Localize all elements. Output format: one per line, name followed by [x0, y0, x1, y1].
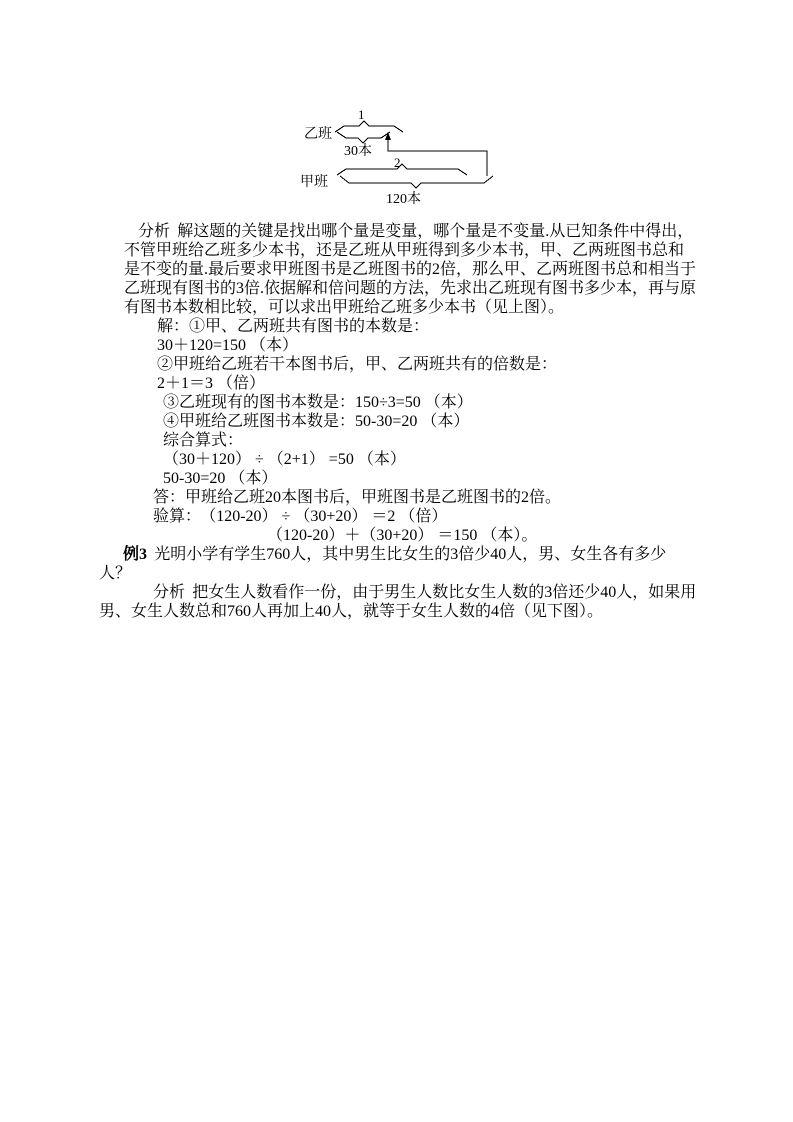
solution-step4: ④甲班给乙班图书本数是：50-30=20 （本） — [99, 412, 697, 431]
solution-step1-title: 解：①甲、乙两班共有图书的本数是： — [99, 317, 697, 336]
combined-expression-title: 综合算式： — [99, 431, 697, 450]
analysis2-paragraph: 分析把女生人数看作一份，由于男生人数比女生人数的3倍还少40人，如果用男、女生人… — [99, 583, 697, 621]
analysis2-label: 分析 — [153, 584, 185, 601]
solution-step3: ③乙班现有的图书本数是：150÷3=50 （本） — [99, 393, 697, 412]
verification-eq1: （120-20） ÷ （30+20） ＝2 （倍） — [208, 508, 447, 525]
analysis2-text: 把女生人数看作一份，由于男生人数比女生人数的3倍还少40人，如果用男、女生人数总… — [99, 584, 696, 620]
line-segment-diagram: 1 乙班 30本 2 甲班 120本 — [0, 100, 793, 210]
jia-overbrace — [337, 164, 467, 175]
combined-expression-eq1: （30＋120） ÷ （2+1） =50 （本） — [99, 450, 697, 469]
yi-unit-label: 1 — [358, 107, 365, 122]
verification-line1: 验算：（120-20） ÷ （30+20） ＝2 （倍） — [99, 507, 697, 526]
verification-label: 验算： — [153, 508, 201, 525]
jia-row-label: 甲班 — [300, 174, 328, 190]
transfer-arrowhead — [385, 132, 391, 140]
example3-paragraph: 例3光明小学有学生760人，其中男生比女生的3倍少40人，男、女生各有多少人？ — [99, 545, 697, 583]
document-body: 分析解这题的关键是找出哪个量是变量，哪个量是不变量.从已知条件中得出，不管甲班给… — [99, 222, 697, 621]
jia-amount-label: 120本 — [386, 190, 421, 207]
analysis1-label: 分析 — [138, 223, 170, 240]
solution-step2-equation: 2＋1＝3 （倍） — [99, 374, 697, 393]
solution-step2-title: ②甲班给乙班若干本图书后，甲、乙两班共有的倍数是： — [99, 355, 697, 374]
solution-step1-equation: 30＋120=150 （本） — [99, 336, 697, 355]
example3-text: 光明小学有学生760人，其中男生比女生的3倍少40人，男、女生各有多少人？ — [99, 546, 666, 582]
yi-row-label: 乙班 — [304, 126, 332, 142]
jia-underbrace — [340, 176, 493, 188]
yi-amount-label: 30本 — [344, 142, 372, 159]
jia-unit-label: 2 — [394, 155, 401, 170]
transfer-connector-line — [388, 140, 487, 176]
verification-line2: （120-20）＋（30+20） ＝150 （本）。 — [99, 526, 697, 545]
yi-underbrace — [337, 132, 390, 143]
example3-label: 例3 — [123, 546, 147, 563]
analysis1-paragraph: 分析解这题的关键是找出哪个量是变量，哪个量是不变量.从已知条件中得出，不管甲班给… — [99, 222, 697, 317]
analysis1-text: 解这题的关键是找出哪个量是变量，哪个量是不变量.从已知条件中得出，不管甲班给乙班… — [124, 223, 696, 316]
answer-sentence: 答：甲班给乙班20本图书后，甲班图书是乙班图书的2倍。 — [99, 488, 697, 507]
document-page: 1 乙班 30本 2 甲班 120本 分析解这题的关键是找出哪个量是变量，哪个量… — [0, 0, 793, 1122]
combined-expression-eq2: 50-30=20 （本） — [99, 469, 697, 488]
yi-overbrace — [335, 121, 403, 132]
